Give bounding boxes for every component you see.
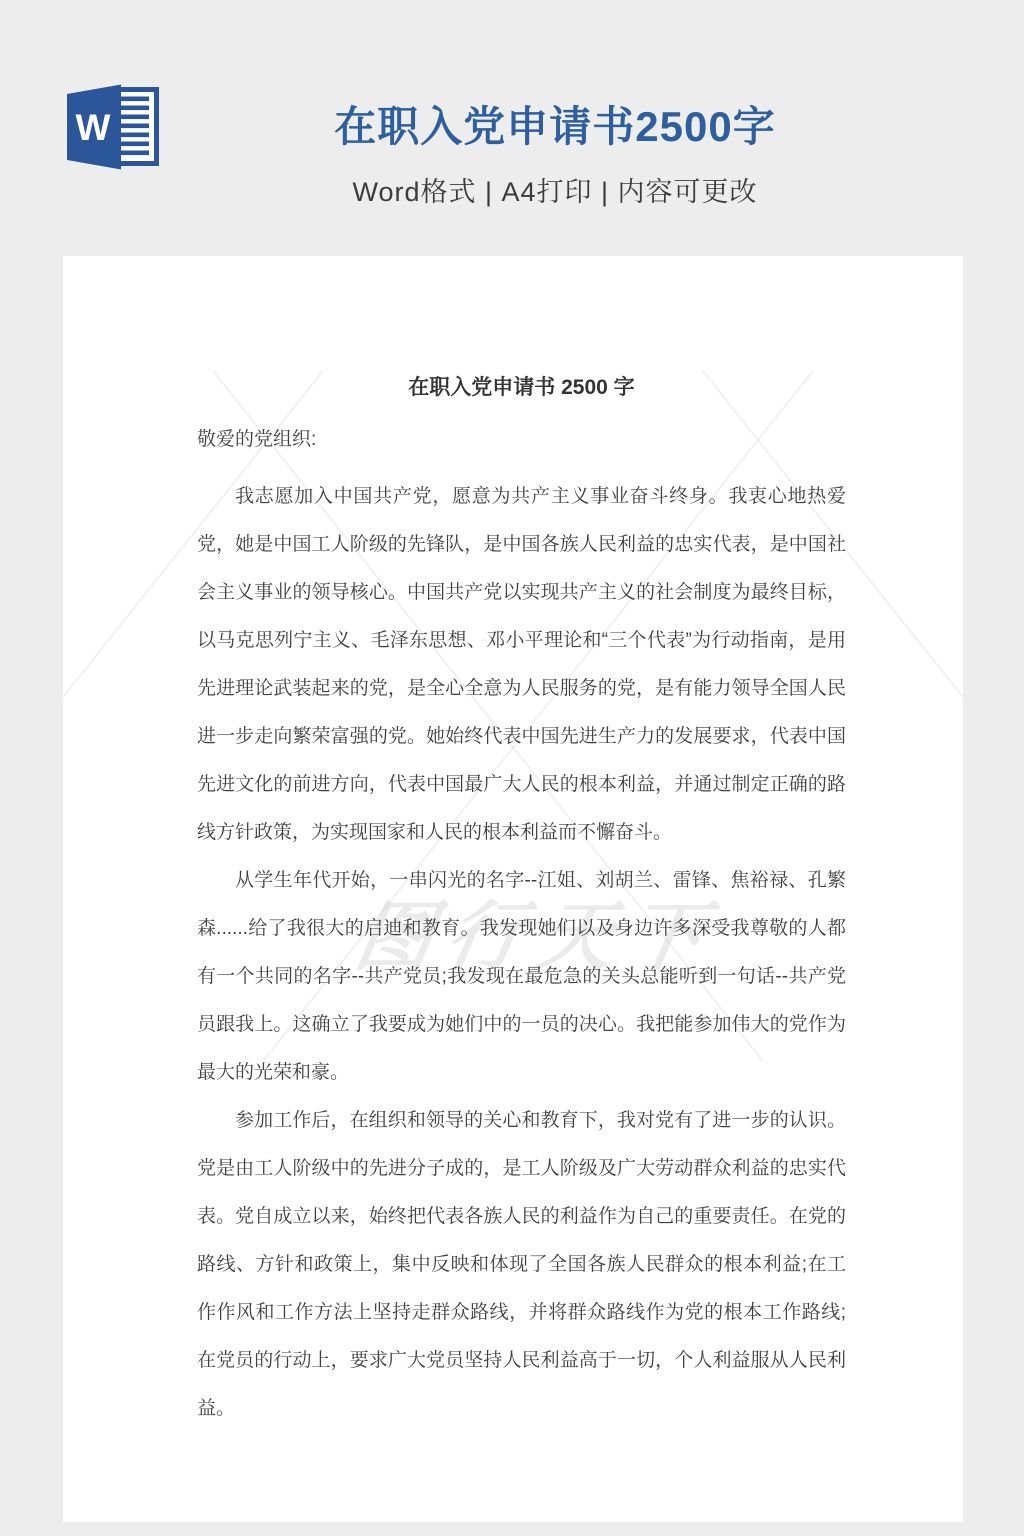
page-title: 在职入党申请书2500字	[86, 94, 1024, 154]
header: 在职入党申请书2500字 Word格式 | A4打印 | 内容可更改	[86, 94, 1024, 209]
document-page: 图行天下 在职入党申请书 2500 字 敬爱的党组织: 我志愿加入中国共产党，愿…	[63, 256, 963, 1522]
document-content: 在职入党申请书 2500 字 敬爱的党组织: 我志愿加入中国共产党，愿意为共产主…	[63, 256, 963, 1433]
paragraph: 参加工作后，在组织和领导的关心和教育下，我对党有了进一步的认识。党是由工人阶级中…	[197, 1097, 846, 1433]
greeting-line: 敬爱的党组织:	[197, 416, 846, 464]
page-subtitle: Word格式 | A4打印 | 内容可更改	[86, 170, 1024, 209]
document-title: 在职入党申请书 2500 字	[197, 364, 846, 412]
paragraph: 我志愿加入中国共产党，愿意为共产主义事业奋斗终身。我衷心地热爱党，她是中国工人阶…	[197, 473, 846, 857]
paragraph: 从学生年代开始，一串闪光的名字--江姐、刘胡兰、雷锋、焦裕禄、孔繁森......…	[197, 857, 846, 1097]
